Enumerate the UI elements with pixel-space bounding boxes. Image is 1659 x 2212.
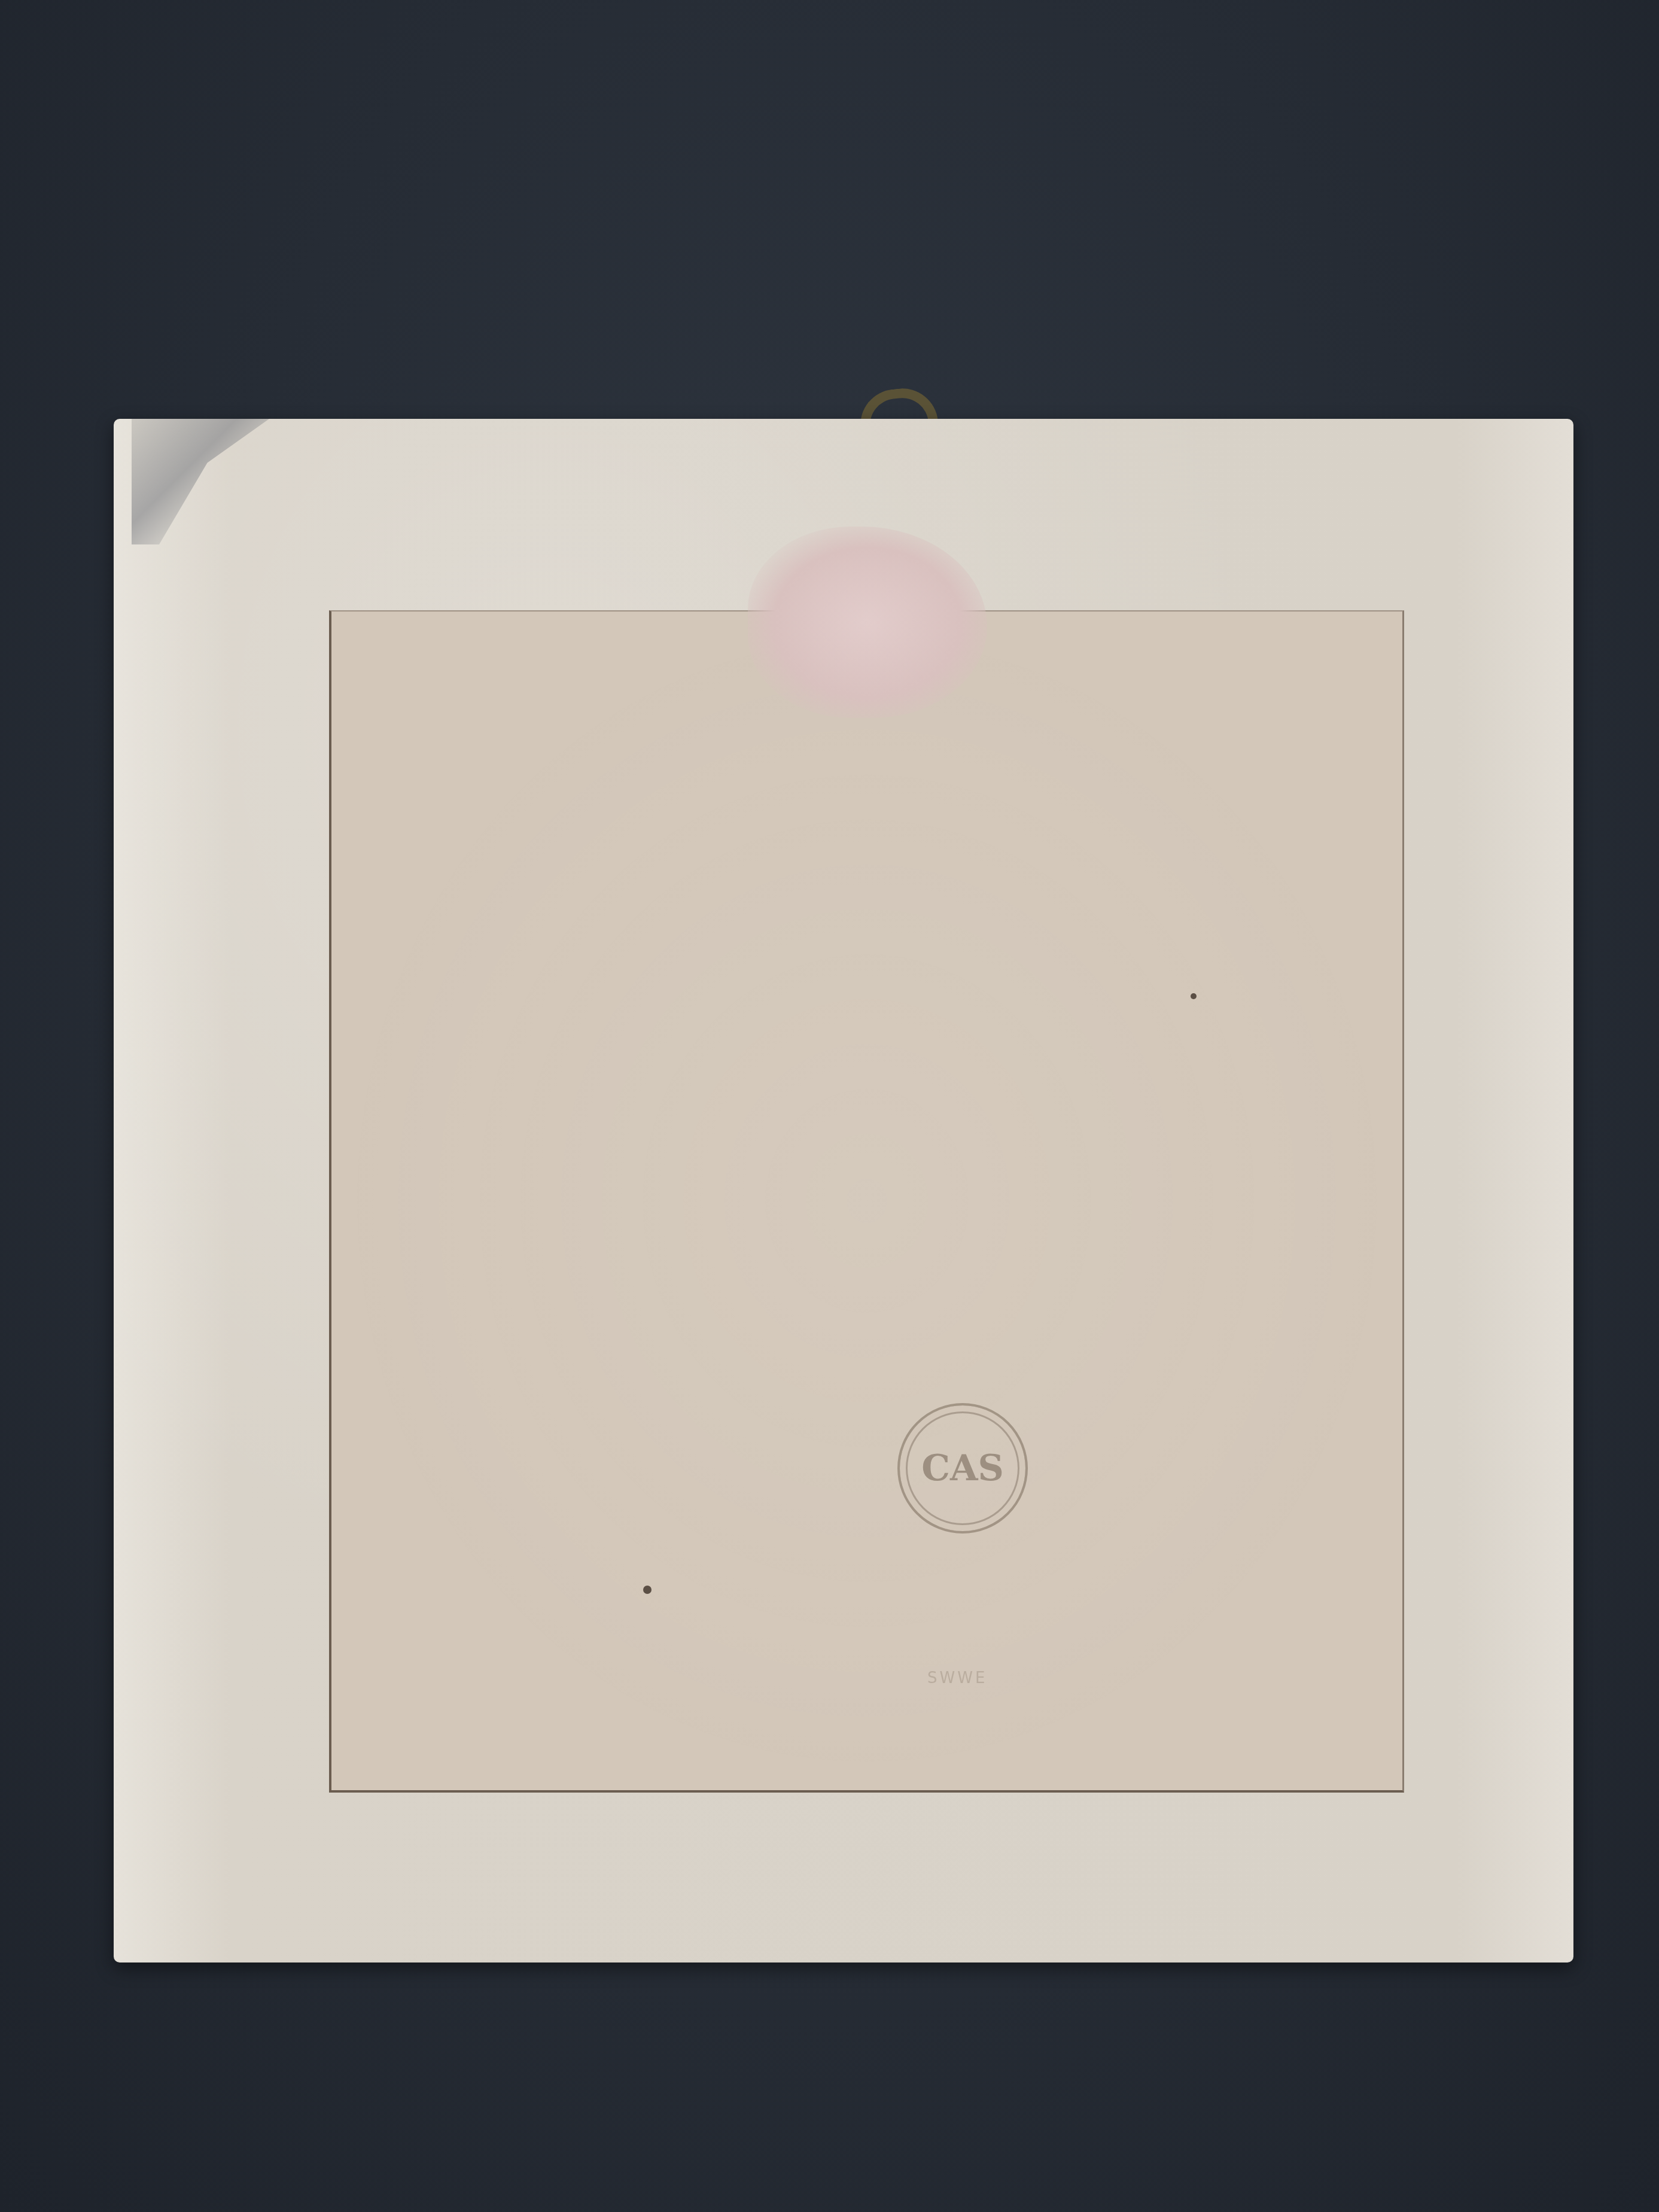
- chipped-corner: [132, 419, 269, 544]
- recessed-panel: [329, 610, 1404, 1793]
- pink-plaster-patch: [748, 527, 987, 718]
- maker-stamp-text: CAS: [921, 1447, 1004, 1489]
- plaque: CAS SWWE: [114, 419, 1573, 1962]
- surface-speck: [643, 1586, 652, 1594]
- surface-speck: [1191, 993, 1197, 999]
- faint-impressed-stamp: SWWE: [927, 1669, 987, 1687]
- maker-stamp: CAS: [897, 1403, 1028, 1534]
